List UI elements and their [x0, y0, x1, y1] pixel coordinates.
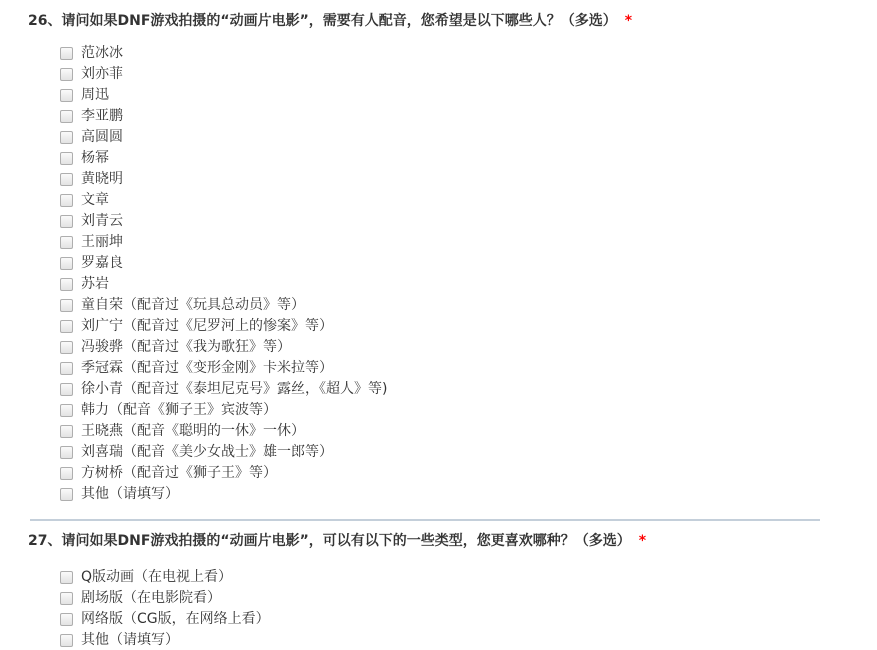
- checkbox-option[interactable]: 徐小青（配音过《泰坦尼克号》露丝，《超人》等): [60, 379, 849, 400]
- checkbox[interactable]: [60, 257, 73, 270]
- checkbox-option[interactable]: 其他（请填写）: [60, 484, 849, 505]
- checkbox-option[interactable]: 方树桥（配音过《狮子王》等）: [60, 463, 849, 484]
- checkbox-option[interactable]: 高圆圆: [60, 127, 849, 148]
- checkbox-option[interactable]: 刘广宁（配音过《尼罗河上的惨案》等）: [60, 316, 849, 337]
- checkbox[interactable]: [60, 488, 73, 501]
- checkbox-option[interactable]: 刘亦菲: [60, 64, 849, 85]
- checkbox[interactable]: [60, 613, 73, 626]
- question-26-text: 请问如果DNF游戏拍摄的“动画片电影”，需要有人配音，您希望是以下哪些人？（多选…: [61, 13, 616, 29]
- checkbox[interactable]: [60, 634, 73, 647]
- question-divider: [30, 519, 820, 521]
- option-label: 范冰冰: [81, 43, 123, 64]
- checkbox[interactable]: [60, 425, 73, 438]
- option-label: 刘喜瑞（配音《美少女战士》雄一郎等）: [81, 442, 333, 463]
- checkbox-option[interactable]: 季冠霖（配音过《变形金刚》卡米拉等）: [60, 358, 849, 379]
- checkbox-option[interactable]: 刘喜瑞（配音《美少女战士》雄一郎等）: [60, 442, 849, 463]
- option-label: 刘广宁（配音过《尼罗河上的惨案》等）: [81, 316, 333, 337]
- checkbox-option[interactable]: 周迅: [60, 85, 849, 106]
- survey-page: 26、请问如果DNF游戏拍摄的“动画片电影”，需要有人配音，您希望是以下哪些人？…: [0, 0, 877, 650]
- checkbox[interactable]: [60, 236, 73, 249]
- checkbox-option[interactable]: 王丽坤: [60, 232, 849, 253]
- question-27-options-list: Q版动画（在电视上看）剧场版（在电影院看）网络版（CG版，在网络上看）其他（请填…: [60, 567, 849, 650]
- question-27-text: 请问如果DNF游戏拍摄的“动画片电影”，可以有以下的一些类型，您更喜欢哪种？（多…: [61, 533, 630, 549]
- checkbox[interactable]: [60, 299, 73, 312]
- checkbox[interactable]: [60, 592, 73, 605]
- required-asterisk: *: [625, 13, 632, 29]
- option-label: 韩力（配音《狮子王》宾波等）: [81, 400, 277, 421]
- checkbox[interactable]: [60, 404, 73, 417]
- checkbox-option[interactable]: 杨幂: [60, 148, 849, 169]
- option-label: 黄晓明: [81, 169, 123, 190]
- checkbox-option[interactable]: 其他（请填写）: [60, 630, 849, 650]
- checkbox-option[interactable]: 李亚鹏: [60, 106, 849, 127]
- option-label: 其他（请填写）: [81, 630, 179, 650]
- checkbox[interactable]: [60, 341, 73, 354]
- checkbox-option[interactable]: 童自荣（配音过《玩具总动员》等）: [60, 295, 849, 316]
- option-label: 徐小青（配音过《泰坦尼克号》露丝，《超人》等): [81, 379, 387, 400]
- option-label: 李亚鹏: [81, 106, 123, 127]
- checkbox-option[interactable]: 黄晓明: [60, 169, 849, 190]
- checkbox[interactable]: [60, 194, 73, 207]
- question-26-block: 26、请问如果DNF游戏拍摄的“动画片电影”，需要有人配音，您希望是以下哪些人？…: [28, 13, 849, 505]
- checkbox[interactable]: [60, 89, 73, 102]
- option-label: 罗嘉良: [81, 253, 123, 274]
- question-27-block: 27、请问如果DNF游戏拍摄的“动画片电影”，可以有以下的一些类型，您更喜欢哪种…: [28, 533, 849, 650]
- checkbox-option[interactable]: 罗嘉良: [60, 253, 849, 274]
- checkbox[interactable]: [60, 383, 73, 396]
- checkbox[interactable]: [60, 467, 73, 480]
- checkbox[interactable]: [60, 362, 73, 375]
- checkbox-option[interactable]: 网络版（CG版，在网络上看）: [60, 609, 849, 630]
- option-label: 王晓燕（配音《聪明的一休》一休）: [81, 421, 305, 442]
- checkbox-option[interactable]: 范冰冰: [60, 43, 849, 64]
- option-label: 文章: [81, 190, 109, 211]
- question-26-number: 26、: [28, 13, 61, 29]
- option-label: Q版动画（在电视上看）: [81, 567, 232, 588]
- checkbox[interactable]: [60, 131, 73, 144]
- checkbox-option[interactable]: 刘青云: [60, 211, 849, 232]
- checkbox[interactable]: [60, 320, 73, 333]
- question-27-number: 27、: [28, 533, 61, 549]
- option-label: 刘亦菲: [81, 64, 123, 85]
- checkbox[interactable]: [60, 110, 73, 123]
- checkbox[interactable]: [60, 173, 73, 186]
- checkbox[interactable]: [60, 68, 73, 81]
- checkbox[interactable]: [60, 47, 73, 60]
- option-label: 苏岩: [81, 274, 109, 295]
- option-label: 杨幂: [81, 148, 109, 169]
- question-26-title: 26、请问如果DNF游戏拍摄的“动画片电影”，需要有人配音，您希望是以下哪些人？…: [28, 13, 849, 29]
- option-label: 网络版（CG版，在网络上看）: [81, 609, 270, 630]
- checkbox-option[interactable]: 韩力（配音《狮子王》宾波等）: [60, 400, 849, 421]
- option-label: 童自荣（配音过《玩具总动员》等）: [81, 295, 305, 316]
- checkbox[interactable]: [60, 278, 73, 291]
- checkbox[interactable]: [60, 215, 73, 228]
- checkbox-option[interactable]: Q版动画（在电视上看）: [60, 567, 849, 588]
- option-label: 方树桥（配音过《狮子王》等）: [81, 463, 277, 484]
- checkbox-option[interactable]: 冯骏骅（配音过《我为歌狂》等）: [60, 337, 849, 358]
- checkbox[interactable]: [60, 571, 73, 584]
- checkbox-option[interactable]: 王晓燕（配音《聪明的一休》一休）: [60, 421, 849, 442]
- option-label: 高圆圆: [81, 127, 123, 148]
- option-label: 王丽坤: [81, 232, 123, 253]
- option-label: 刘青云: [81, 211, 123, 232]
- checkbox-option[interactable]: 苏岩: [60, 274, 849, 295]
- checkbox-option[interactable]: 文章: [60, 190, 849, 211]
- question-27-title: 27、请问如果DNF游戏拍摄的“动画片电影”，可以有以下的一些类型，您更喜欢哪种…: [28, 533, 849, 549]
- checkbox[interactable]: [60, 446, 73, 459]
- checkbox-option[interactable]: 剧场版（在电影院看）: [60, 588, 849, 609]
- option-label: 季冠霖（配音过《变形金刚》卡米拉等）: [81, 358, 333, 379]
- option-label: 冯骏骅（配音过《我为歌狂》等）: [81, 337, 291, 358]
- question-26-options-list: 范冰冰刘亦菲周迅李亚鹏高圆圆杨幂黄晓明文章刘青云王丽坤罗嘉良苏岩童自荣（配音过《…: [60, 43, 849, 505]
- required-asterisk: *: [639, 533, 646, 549]
- option-label: 剧场版（在电影院看）: [81, 588, 221, 609]
- option-label: 周迅: [81, 85, 109, 106]
- option-label: 其他（请填写）: [81, 484, 179, 505]
- checkbox[interactable]: [60, 152, 73, 165]
